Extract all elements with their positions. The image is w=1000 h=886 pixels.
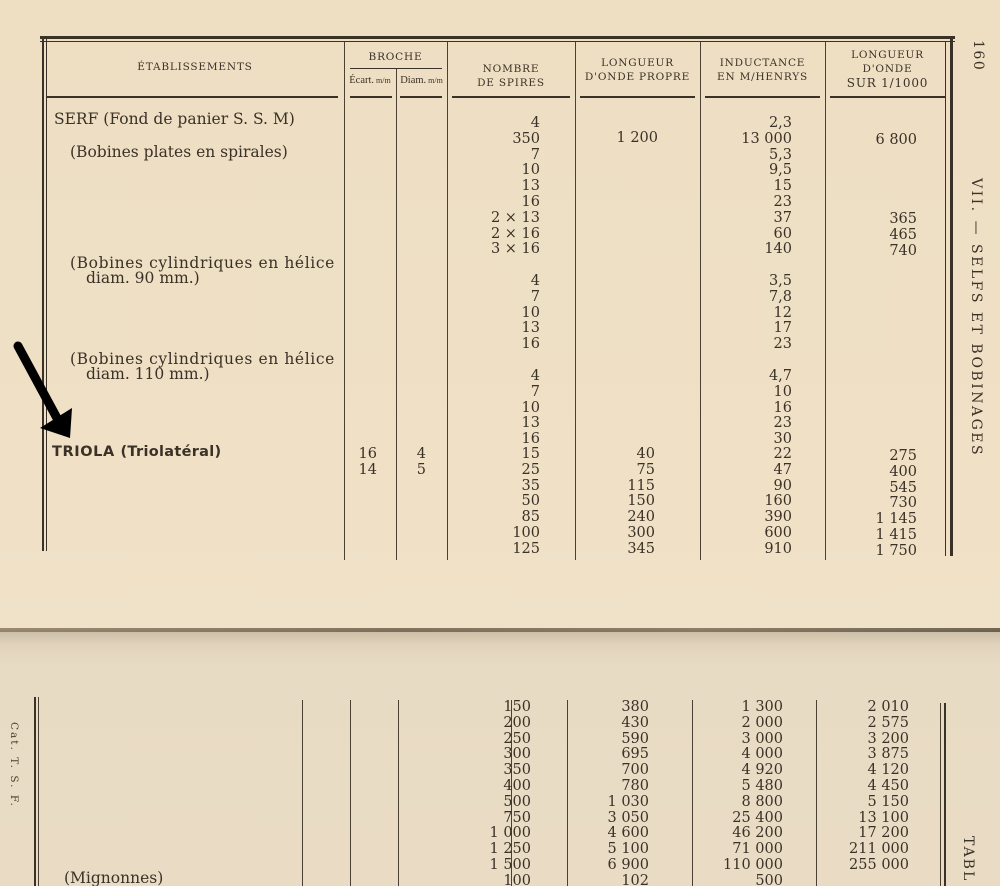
page-edge [0,628,1000,632]
serf-onde-1000-b: 365 465 740 [825,212,917,259]
triola-onde-propre: 40 75 115 150 240 300 345 [575,447,655,558]
header-rule [350,96,392,98]
header-rule [830,96,945,98]
header-rule [452,96,570,98]
header-diam: Diam.m/m [396,74,447,88]
col-divider [344,42,345,560]
header-rule [580,96,695,98]
broche-rule [350,68,442,69]
header-ecart: Écart.m/m [344,74,396,88]
col-divider [302,700,303,886]
header-nombre-spires: NOMBREDE SPIRES [447,62,575,90]
cyl110-spires: 4 7 10 13 16 [447,369,540,448]
running-head: VII. — SELFS ET BOBINAGES [968,178,984,457]
col-divider [396,68,397,560]
arrow-icon [10,340,80,440]
left-frame-rule [38,697,39,886]
right-frame-rule [940,703,941,886]
margin-note: Cat. T. S. F. [8,722,20,808]
cont-spires: 150 200 250 300 350 400 500 750 1 000 1 … [398,700,531,886]
triola-spires: 15 25 35 50 85 100 125 [447,447,540,558]
serf-onde-1000: 6 800 [825,133,917,149]
margin-title: TABL [960,836,976,882]
serf-spires: 4 350 7 10 13 16 2 × 13 2 × 16 3 × 16 [447,116,540,258]
triola-diam: 4 5 [396,447,426,479]
label-serf: SERF (Fond de panier S. S. M) [54,110,295,128]
right-frame-rule [944,703,946,886]
mm-unit: m/m [376,77,391,85]
header-inductance: INDUCTANCEEN M/HENRYS [700,56,825,84]
header-rule [400,96,442,98]
cont-inductance: 1 300 2 000 3 000 4 000 4 920 5 480 8 80… [692,700,783,886]
triola-inductance: 22 47 90 160 390 600 910 [700,447,792,558]
label-cyl110-diam: diam. 110 mm.) [86,365,210,383]
cyl90-inductance: 3,5 7,8 12 17 23 [700,274,792,353]
cont-onde-propre: 380 430 590 695 700 780 1 030 3 050 4 60… [567,700,649,886]
header-etablissements: ÉTABLISSEMENTS [46,60,344,74]
header-broche: BROCHE [344,50,447,64]
label-mignonnes: (Mignonnes) [64,869,163,886]
header-rule [705,96,820,98]
cont-onde-1000: 2 010 2 575 3 200 3 875 4 120 4 450 5 15… [816,700,909,874]
header-rule [46,96,338,98]
left-frame-rule [34,697,36,886]
page-number: 160 [970,40,986,71]
cyl110-inductance: 4,7 10 16 23 30 [700,369,792,448]
label-triola: TRIOLA (Triolatéral) [52,444,221,460]
serf-inductance: 2,3 13 000 5,3 9,5 15 23 37 60 140 [700,116,792,258]
col-divider [350,700,351,886]
label-cyl90-diam: diam. 90 mm.) [86,269,200,287]
triola-ecart: 16 14 [344,447,377,479]
label-bobines-plates: (Bobines plates en spirales) [70,143,288,161]
header-longueur-onde-1000: LONGUEURD'ONDESUR 1/1000 [825,48,950,90]
cyl90-spires: 4 7 10 13 16 [447,274,540,353]
header-longueur-onde-propre: LONGUEURD'ONDE PROPRE [575,56,700,84]
triola-onde-1000: 275 400 545 730 1 145 1 415 1 750 [825,449,917,560]
serf-onde-propre: 1 200 [575,131,658,147]
mm-unit: m/m [428,77,443,85]
